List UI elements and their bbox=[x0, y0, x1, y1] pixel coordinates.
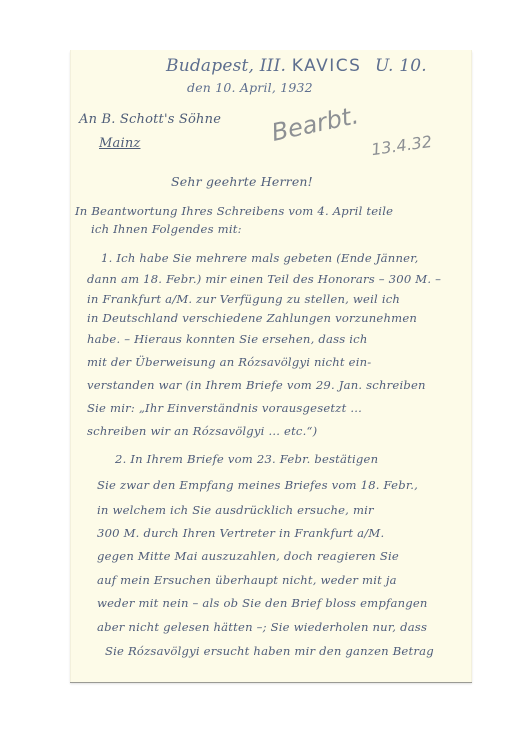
sender-address: Budapest, III. KAVICS U. 10. bbox=[166, 56, 427, 76]
body-line: schreiben wir an Rózsavölgyi ... etc.“) bbox=[87, 424, 317, 438]
body-line: in Deutschland verschiedene Zahlungen vo… bbox=[87, 311, 417, 325]
body-line: Sie Rózsavölgyi ersucht haben mir den ga… bbox=[105, 644, 434, 658]
letter-date: den 10. April, 1932 bbox=[187, 80, 313, 95]
body-line: Sie mir: „Ihr Einverständnis vorausgeset… bbox=[87, 401, 362, 415]
body-line: 2. In Ihrem Briefe vom 23. Febr. bestäti… bbox=[115, 452, 378, 466]
body-line: auf mein Ersuchen überhaupt nicht, weder… bbox=[97, 573, 397, 587]
body-line: gegen Mitte Mai auszuzahlen, doch reagie… bbox=[97, 549, 399, 563]
body-line: dann am 18. Febr.) mir einen Teil des Ho… bbox=[87, 272, 441, 286]
address-street: KAVICS bbox=[292, 56, 362, 76]
body-line: 1. Ich habe Sie mehrere mals gebeten (En… bbox=[101, 251, 419, 265]
body-line: mit der Überweisung an Rózsavölgyi nicht… bbox=[87, 355, 371, 369]
body-line: habe. – Hieraus konnten Sie ersehen, das… bbox=[87, 332, 368, 346]
body-line: in welchem ich Sie ausdrücklich ersuche,… bbox=[97, 503, 374, 517]
body-line: verstanden war (in Ihrem Briefe vom 29. … bbox=[87, 378, 426, 392]
body-line: 300 M. durch Ihren Vertreter in Frankfur… bbox=[97, 526, 384, 540]
processed-annotation: Bearbt. bbox=[269, 101, 361, 147]
body-line: Sie zwar den Empfang meines Briefes vom … bbox=[97, 478, 418, 492]
recipient-city: Mainz bbox=[99, 136, 140, 151]
body-line: In Beantwortung Ihres Schreibens vom 4. … bbox=[75, 204, 393, 218]
recipient-name: An B. Schott's Söhne bbox=[79, 112, 221, 127]
body-line: aber nicht gelesen hätten –; Sie wiederh… bbox=[97, 620, 427, 634]
address-suffix: U. 10. bbox=[375, 56, 427, 76]
processed-date-annotation: 13.4.32 bbox=[370, 132, 433, 159]
salutation: Sehr geehrte Herren! bbox=[171, 174, 313, 189]
letter-page: Budapest, III. KAVICS U. 10. den 10. Apr… bbox=[70, 50, 472, 682]
address-prefix: Budapest, III. bbox=[166, 56, 286, 76]
body-line: ich Ihnen Folgendes mit: bbox=[91, 222, 242, 236]
body-line: in Frankfurt a/M. zur Verfügung zu stell… bbox=[87, 292, 400, 306]
body-line: weder mit nein – als ob Sie den Brief bl… bbox=[97, 596, 428, 610]
